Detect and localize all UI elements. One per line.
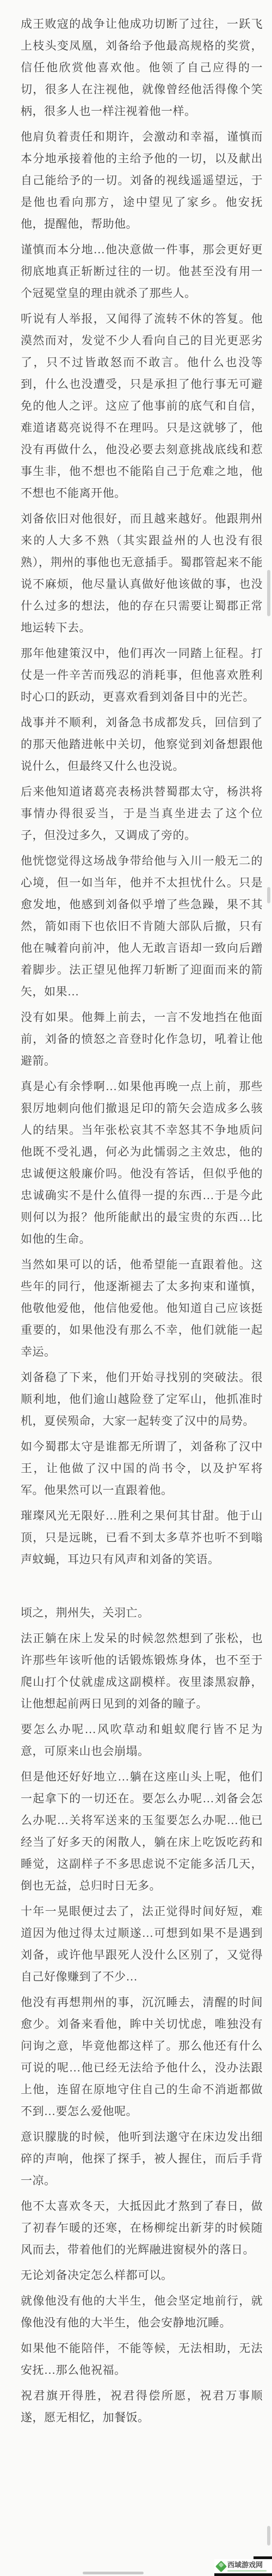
paragraph: 成王败寇的战争让他成功切断了过往，一跃飞上枝头变凤凰，刘备给予他最高规格的奖赏，… <box>21 13 263 122</box>
paragraph: 刘备依旧对他很好，而且越来越好。他跟荆州来的人大多不熟（其实跟益州的人也没有很熟… <box>21 508 263 639</box>
watermark-badge: 西域游戏网 <box>214 2556 272 2576</box>
paragraph: 后来他知道诸葛亮表杨洪替蜀郡太守，杨洪将事情办得很妥当，于是当真坐进去了这个位子… <box>21 781 263 846</box>
paragraph: 无论刘备决定怎么样都可以。 <box>21 2264 263 2286</box>
watermark-title: 西域游戏网 <box>227 2561 267 2569</box>
paragraph: 法正躺在床上发呆的时候忽然想到了张松，也许那些年该听他的话锻炼锻炼身体，也不至于… <box>21 1627 263 1715</box>
paragraph: 顷之，荆州失，关羽亡。 <box>21 1602 263 1624</box>
reader-page: 成王败寇的战争让他成功切断了过往，一跃飞上枝头变凤凰，刘备给予他最高规格的奖赏，… <box>0 0 272 2576</box>
watermark-text: 西域游戏网 <box>227 2561 267 2572</box>
scrollbar-thumb[interactable] <box>267 570 270 616</box>
scrollbar-thumb[interactable] <box>267 887 270 903</box>
paragraph: 意识朦胧的时候，他听到法邈守在床边发出细碎的声响，他探了探手，被人握住，而后手背… <box>21 2126 263 2191</box>
paragraph: 刘备稳了下来，他们开始寻找别的突破法。很顺利地，他们逾山越险登了定军山，他抓准时… <box>21 1366 263 1432</box>
paragraph: 真是心有余悸啊…如果他再晚一点上前，那些狠厉地刺向他们撤退足印的箭矢会造成多么骇… <box>21 1076 263 1250</box>
watermark-subline <box>227 2570 267 2572</box>
paragraph: 战事并不顺利，刘备急书成都发兵，回信到了的那天他踏进帐中关切，他察觉到刘备想跟他… <box>21 712 263 777</box>
bottom-divider-bar <box>83 2572 144 2574</box>
paragraph: 就像他没有他的大半生，他会坚定地前行，就像他没有他的大半生，他会安静地沉睡。 <box>21 2290 263 2334</box>
paragraph: 他没有再想荆州的事，沉沉睡去，清醒的时间愈少。刘备来看他，眸中关切忧虑，唯独没有… <box>21 1991 263 2122</box>
paragraph: 但是他还好好地立…躺在这座山头上呢，他们一起拿下的一切还在。要怎么办呢…刘备会怎… <box>21 1766 263 1897</box>
article-section: 顷之，荆州失，关羽亡。法正躺在床上发呆的时候忽然想到了张松，也许那些年该听他的话… <box>21 1602 263 2428</box>
paragraph: 如果他不能陪伴，不能等候，无法相助，无法安抚…那么他祝福。 <box>21 2337 263 2381</box>
watermark-chip: 西域游戏网 <box>214 2559 272 2573</box>
gem-icon <box>215 2560 227 2572</box>
paragraph: 谨慎而本分地…他决意做一件事，那会更好更彻底地真正斩断过往的一切。他甚至没有用一… <box>21 239 263 304</box>
paragraph: 没有如果。他舞上前去，一言不发地挡在他面前，刘备的愤怒之音登时化作急切，吼着让他… <box>21 1006 263 1072</box>
paragraph: 当然如果可以的话，他希望能一直跟着他。这些年的同行，他逐渐褪去了太多拘束和谨慎，… <box>21 1254 263 1363</box>
scrollbar-thumb[interactable] <box>267 2526 270 2545</box>
article-section: 成王败寇的战争让他成功切断了过往，一跃飞上枝头变凤凰，刘备给予他最高规格的奖赏，… <box>21 13 263 1570</box>
paragraph: 他恍惚觉得这场战争带给他与入川一般无二的心境，但一如当年，他并不太担忧什么。只是… <box>21 850 263 1003</box>
article-body: 成王败寇的战争让他成功切断了过往，一跃飞上枝头变凤凰，刘备给予他最高规格的奖赏，… <box>0 0 272 2428</box>
paragraph: 那年他建策汉中，他们再次一同踏上征程。打仗是一件辛苦而残忍的消耗事，但他喜欢胜利… <box>21 642 263 708</box>
paragraph: 十年一晃眼便过去了，法正觉得时间好短，难道因为他过得太过顺遂…可想到如果不是遇到… <box>21 1900 263 1988</box>
paragraph: 璀璨风光无限好…胜利之果何其甘甜。他于山顶，只是远眺，已看不到太多草芥也听不到嗡… <box>21 1505 263 1570</box>
paragraph: 祝君旗开得胜，祝君得偿所愿，祝君万事顺遂，愿无相忆，加餐饭。 <box>21 2385 263 2428</box>
paragraph: 他不太喜欢冬天，大抵因此才熬到了春日，做了初春乍暖的还寒，在杨柳绽出新芽的时候随… <box>21 2195 263 2261</box>
paragraph: 他肩负着责任和期许，会激动和幸福，谨慎而本分地承接着他的主给予他的一切，以及献出… <box>21 126 263 235</box>
paragraph: 听说有人举报，又闻得了流转不休的答复。他漠然而对，发觉不少人看向自己的目光更恶劣… <box>21 308 263 504</box>
watermark-bottom-bar <box>214 2573 272 2576</box>
paragraph: 要怎么办呢…风吹草动和蛆蚁爬行皆不足为意，可原来山也会崩塌。 <box>21 1718 263 1762</box>
paragraph: 如今蜀郡太守是谁都无所谓了，刘备称了汉中王，让他做了汉中国的尚书令，以及护军将军… <box>21 1436 263 1501</box>
